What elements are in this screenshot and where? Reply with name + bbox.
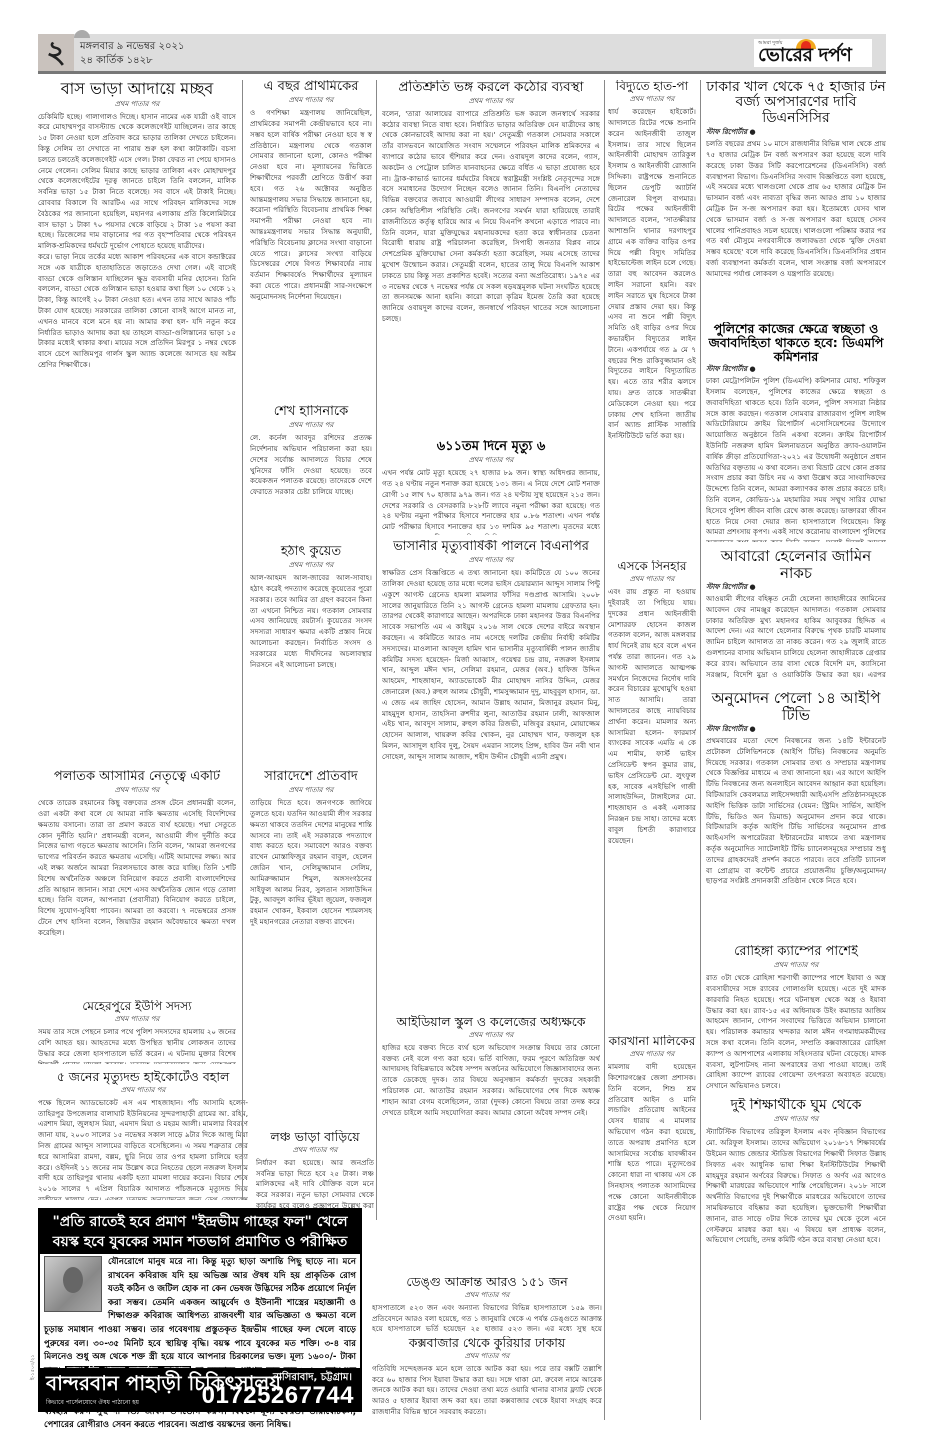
advertisement-box[interactable]: "প্রতি রাতেই হবে প্রমাণ "ইন্দ্রভীম গাছের… [38, 1208, 362, 1412]
article-body: পক্ষে ছিলেন অ্যাডভোকেট এস এম শাহজাহান। প… [38, 1098, 248, 1200]
clinic-phone[interactable]: 01725267744 [202, 1382, 354, 1410]
continued-label: প্রথম পাতার পর [38, 1013, 236, 1025]
article-body: চেকিমিটি হচ্ছে। গালাগালও দিচ্ছে। হাসান ন… [38, 112, 236, 252]
headline: মেহেরপুরে ইউপি সদস্য [38, 1000, 236, 1013]
article-body: এবং রায় প্রস্তুত না হওয়ায় দুইবারই তা … [608, 587, 696, 846]
page-number: ২ [38, 34, 74, 71]
headline: বাস ভাড়া আদায়ে মচ্ছব [38, 80, 236, 98]
article-body: বলেন, 'তারা আলায়ের ব্যাপারে প্রতিশ্রুতি… [382, 109, 600, 325]
page-header-bar-right: আমরা দুর্জয় ভোরের দর্পণ [443, 34, 886, 74]
continued-label: প্রথম পাতার পর [372, 1289, 602, 1301]
article-body: চলতি বছরের প্রথম ১০ মাসে রাজধানীর বিভিন্… [706, 139, 886, 279]
clinic-subtitle: কিভাবে পার্সেলযোগে ঔষধ পাঠানো হয় [46, 1397, 139, 1408]
continued-label: প্রথম পাতার পর [256, 1144, 374, 1156]
article-bus-fare: বাস ভাড়া আদায়ে মচ্ছব প্রথম পাতার পর চে… [38, 80, 236, 470]
continued-label: প্রথম পাতার পর [608, 573, 696, 585]
article-launch-fare: লঞ্চ ভাড়া বাড়িয়ে প্রথম পাতার পর নির্ধ… [256, 1130, 374, 1210]
headline: ৫ জনের মৃত্যুদন্ড হাইকোর্টেও বহাল [38, 1070, 248, 1084]
byline: স্টাফ রিপোর্টার ● [706, 363, 886, 375]
ad-headline-line-2: বয়স্ক হবে যুবকের সমান শতভাগ প্রমাণিত ও … [44, 1232, 356, 1252]
headline: রোহিঙ্গা ক্যাম্পের পাশেই [706, 945, 886, 959]
article-body: হাসপাতালে ৫২৩ জন এবং অন্যান্য বিভাগের বি… [372, 1303, 602, 1335]
continued-label: প্রথম পাতার পর [250, 419, 372, 431]
article-body: লে. কর্নেল আবদুর রশিদের প্রত্যক্ষ নির্দে… [250, 433, 372, 498]
article-body: সময় তার সঙ্গে পেছনে চলার পথে পুলিশ সদস্… [38, 1027, 236, 1064]
headline: কারখানা মালিকের [608, 1035, 696, 1048]
continued-label: প্রথম পাতার পর [382, 95, 600, 107]
article-body: প্রথমবারের মতো দেশে নিবন্ধনের জন্য ১৪টি … [706, 736, 886, 887]
ad-reference-code: ই-১৫০৩/২১ [30, 1354, 38, 1380]
article-factory: কারখানা মালিকের প্রথম পাতার পর মামলায় ব… [608, 1035, 696, 1420]
article-fugitive: পলাতক আসামির নেতৃত্বে একটি প্রথম পাতার প… [38, 770, 236, 1000]
headline: ভাসানীর মৃত্যুবার্ষিকী পালনে বিএনপির [382, 540, 600, 554]
continued-label: প্রথম পাতার পর [382, 554, 600, 566]
date-block: মঙ্গলবার ৯ নভেম্বর ২০২১ ২৪ কার্তিক ১৪২৮ [80, 40, 184, 68]
date-gregorian: মঙ্গলবার ৯ নভেম্বর ২০২১ [80, 40, 184, 54]
ad-person-photo [44, 1256, 102, 1312]
continued-label: প্রথম পাতার পর [250, 559, 372, 571]
column-divider [700, 80, 701, 1420]
date-bengali: ২৪ কার্তিক ১৪২৮ [80, 54, 184, 68]
byline: স্টাফ রিপোর্টার ● [706, 581, 886, 593]
article-police: পুলিশের কাজের ক্ষেত্রে স্বচ্ছতা ও জবাবদি… [706, 322, 886, 542]
article-death-sentence: ৫ জনের মৃত্যুদন্ড হাইকোর্টেও বহাল প্রথম … [38, 1070, 248, 1200]
byline: স্টাফ রিপোর্টার ● [706, 723, 886, 735]
continued-label: প্রথম পাতার পর [706, 1113, 886, 1125]
continued-label: প্রথম পাতার পর [608, 93, 696, 105]
continued-label: প্রথম পাতার পর [608, 1048, 696, 1060]
article-body: ধার্য করেছেন হাইকোর্ট। আদালতে রিটের পক্ষ… [608, 107, 696, 442]
article-kuwait: হঠাৎ কুয়েত প্রথম পাতার পর আল-আহমদ আল-জা… [250, 545, 372, 755]
article-ideal-school: আইডিয়াল স্কুল ও কলেজের অধ্যক্ষকে প্রথম … [382, 1015, 600, 1175]
article-body: তাড়িয়ে দিতে হবে। জনগণকে জাগিয়ে তুলতে … [250, 798, 372, 928]
article-body: থেকে তারেক রহমানের কিছু বক্তব্যের প্রসঙ্… [38, 798, 236, 938]
article-coxsbazar: কক্সবাজার থেকে কুরিয়ার ঢাকায় প্রথম পাত… [372, 1336, 602, 1416]
headline: ঢাকার খাল থেকে ৭৫ হাজার টন বর্জ্য অপসারণ… [706, 80, 886, 126]
ad-headline: "প্রতি রাতেই হবে প্রমাণ "ইন্দ্রভীম গাছের… [40, 1210, 360, 1254]
article-body: হাজির হয়ে বক্তব্য দিতে ব্যর্থ হলে অভিযো… [382, 1043, 600, 1119]
headline: ৬১১তম দিনে মৃত্যু ৬ [382, 440, 600, 454]
continued-label: প্রথম পাতার পর [382, 1029, 600, 1041]
column-divider [604, 80, 605, 1420]
headline: আবারো হেলেনার জামিন নাকচ [706, 548, 886, 581]
continued-label: প্রথম পাতার পর [38, 784, 236, 796]
article-sheikh-hasina: শেখ হাসিনাকে প্রথম পাতার পর লে. কর্নেল আ… [250, 405, 372, 540]
headline: অনুমোদন পেলো ১৪ আইপি টিভি [706, 690, 886, 723]
article-body: স্ট্যাটিস্টিক বিভাগের তরিকুল ইসলাম এবং ন… [706, 1127, 886, 1246]
continued-label: প্রথম পাতার পর [38, 98, 236, 110]
headline: এ বছর প্রাথমিকের [250, 80, 372, 94]
newspaper-logo[interactable]: আমরা দুর্জয় ভোরের দর্পণ [754, 39, 872, 67]
continued-label: প্রথম পাতার পর [372, 1350, 602, 1362]
continued-label: প্রথম পাতার পর [250, 94, 372, 106]
logo-text: ভোরের দর্পণ [758, 45, 851, 65]
headline: এসকে সিনহার [608, 560, 696, 573]
ad-headline-line-1: "প্রতি রাতেই হবে প্রমাণ "ইন্দ্রভীম গাছের… [44, 1212, 356, 1232]
headline: কক্সবাজার থেকে কুরিয়ার ঢাকায় [372, 1336, 602, 1350]
page-header-bar: ২ মঙ্গলবার ৯ নভেম্বর ২০২১ ২৪ কার্তিক ১৪২… [38, 34, 443, 74]
byline: স্টাফ রিপোর্টার ● [706, 126, 886, 138]
column-divider [242, 80, 243, 1200]
article-body: আওয়ামী লীগের বহিষ্কৃত নেত্রী হেলেনা জাহ… [706, 594, 886, 678]
article-body: স্বাক্ষরিত প্রেস বিজ্ঞপ্তিতে এ তথ্য জানা… [382, 568, 600, 762]
article-electricity: বিদ্যুতে হাত-পা প্রথম পাতার পর ধার্য করে… [608, 80, 696, 555]
article-iptv: অনুমোদন পেলো ১৪ আইপি টিভি স্টাফ রিপোর্টা… [706, 690, 886, 940]
article-body: এখন পর্যন্ত মোট মৃত্যু হয়েছে ২৭ হাজার ৮… [382, 468, 600, 535]
article-body: আল-আহমদ আল-জাবের আল-সাবাহ। হঠাৎ করেই পদত… [250, 573, 372, 670]
article-primary: এ বছর প্রাথমিকের প্রথম পাতার পর ও গণশিক্… [250, 80, 372, 400]
headline: সারাদেশে প্রতিবাদ [250, 770, 372, 784]
article-body: ও গণশিক্ষা মন্ত্রণালয় জানিয়েছিল, প্রাথ… [250, 108, 372, 302]
headline: আইডিয়াল স্কুল ও কলেজের অধ্যক্ষকে [382, 1015, 600, 1029]
article-body: রাত ৩টা থেকে রোহিঙ্গা শরণার্থী ক্যাম্পের… [706, 973, 886, 1092]
ad-footer: বান্দরবান পাহাড়ী চিকিৎসালয় কিভাবে পার্… [40, 1368, 360, 1410]
article-body-2: করে। ভাড়া নিয়ে তর্কের মধ্যে আকাশ পরিবহ… [38, 252, 236, 371]
article-body: ঢাকা মেট্রোপলিটন পুলিশ (ডিএমপি) কমিশনার … [706, 376, 886, 542]
article-body: গতিবিধি সন্দেহজনক মনে হলে তাকে আটক করা হ… [372, 1364, 602, 1416]
article-dengue: ডেঙ্গু আক্রান্ত আরও ১৫১ জন প্রথম পাতার প… [372, 1275, 602, 1335]
headline: লঞ্চ ভাড়া বাড়িয়ে [256, 1130, 374, 1144]
article-rohingya: রোহিঙ্গা ক্যাম্পের পাশেই প্রথম পাতার পর … [706, 945, 886, 1095]
article-protest: সারাদেশে প্রতিবাদ প্রথম পাতার পর তাড়িয়… [250, 770, 372, 1080]
article-meherpur: মেহেরপুরে ইউপি সদস্য প্রথম পাতার পর সময়… [38, 1000, 236, 1064]
article-helena: আবারো হেলেনার জামিন নাকচ স্টাফ রিপোর্টার… [706, 548, 886, 678]
column-divider [376, 80, 377, 1220]
article-sinha: এসকে সিনহার প্রথম পাতার পর এবং রায় প্রস… [608, 560, 696, 1030]
article-two-students: দুই শিক্ষার্থীকে ঘুম থেকে প্রথম পাতার পর… [706, 1098, 886, 1420]
article-covid-deaths: ৬১১তম দিনে মৃত্যু ৬ প্রথম পাতার পর এখন প… [382, 440, 600, 535]
article-body: মামলায় বাদী হয়েছেন কিশোরগঞ্জের জেলা প্… [608, 1062, 696, 1224]
article-bhasani: ভাসানীর মৃত্যুবার্ষিকী পালনে বিএনপির প্র… [382, 540, 600, 1010]
headline: প্রতিশ্রুতি ভঙ্গ করলে কঠোর ব্যবস্থা [382, 80, 600, 95]
continued-label: প্রথম পাতার পর [706, 959, 886, 971]
headline: হঠাৎ কুয়েত [250, 545, 372, 559]
headline: দুই শিক্ষার্থীকে ঘুম থেকে [706, 1098, 886, 1113]
headline: বিদ্যুতে হাত-পা [608, 80, 696, 93]
headline: শেখ হাসিনাকে [250, 405, 372, 419]
continued-label: প্রথম পাতার পর [38, 1084, 248, 1096]
continued-label: প্রথম পাতার পর [250, 784, 372, 796]
headline: পুলিশের কাজের ক্ষেত্রে স্বচ্ছতা ও জবাবদি… [706, 322, 886, 363]
headline: পলাতক আসামির নেতৃত্বে একটি [38, 770, 236, 784]
article-dhaka-canal: ঢাকার খাল থেকে ৭৫ হাজার টন বর্জ্য অপসারণ… [706, 80, 886, 320]
article-body: নির্ধারণ করা হয়েছে। আর জনপ্রতি সর্বনিম্… [256, 1158, 374, 1210]
continued-label: প্রথম পাতার পর [382, 454, 600, 466]
page-tab-decoration [74, 30, 90, 38]
headline: ডেঙ্গু আক্রান্ত আরও ১৫১ জন [372, 1275, 602, 1289]
